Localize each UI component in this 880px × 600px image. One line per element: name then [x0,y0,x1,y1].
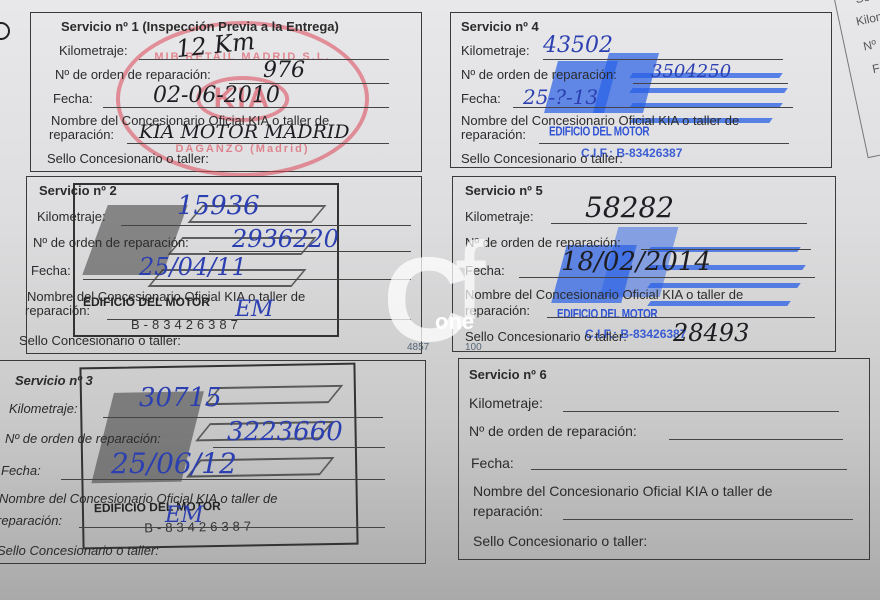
watermark-number-left: 4857 [407,342,429,353]
service-title: Servicio nº 4 [461,19,539,34]
service-title: Servicio nº 2 [39,183,117,198]
booklet-page: MIB RETAIL MADRID S.L. KIA DAGANZO (Madr… [0,0,880,600]
service-title: Servicio nº 5 [465,183,543,198]
value-orden: 976 [263,58,305,83]
service-card-6: Servicio nº 6 Kilometraje: Nº de orden d… [458,358,870,560]
label-orden: Nº de orden de reparación: [55,67,211,82]
value-nombre: EM [235,297,274,322]
watermark-brand: one [435,309,474,335]
service-title: Servicio nº 6 [469,367,547,382]
label-fecha: Fecha: [471,455,514,471]
label-sello: Sello Concesionario o taller: [473,533,647,549]
label-fecha: Fecha: [31,263,71,278]
service-title: Servicio nº 3 [15,373,93,388]
label-kilometraje: Kilometraje: [37,209,106,224]
label-kilometraje: Kilometraje: [461,43,530,58]
service-card-2: EDIFICIO DEL MOTOR B-83426387 Servicio n… [26,176,422,354]
label-nombre: Nombre del Concesionario Oficial KIA o t… [465,287,743,302]
service-card-4: EDIFICIO DEL MOTOR C.I.F.: B-83426387 Se… [450,12,832,168]
value-fecha: 18/02/2014 [561,247,711,277]
label-reparacion: reparación: [461,127,526,142]
value-fecha: 02-06-2010 [153,83,280,108]
watermark-logo: C f one 4857 100 [383,245,503,360]
value-nombre: KIA MOTOR MADRID [139,121,350,143]
value-orden: 3223660 [227,417,343,447]
label-reparacion: reparación: [25,303,90,318]
value-kilometraje: 58282 [585,191,674,224]
label-nombre: Nombre del Concesionario Oficial KIA o t… [461,113,739,128]
label-orden: Nº de orden de reparación: [5,431,161,446]
label-reparacion: reparación: [473,503,543,519]
service-card-1: MIB RETAIL MADRID S.L. KIA DAGANZO (Madr… [30,12,422,172]
adjacent-page-fragment: Se Kilon Nº c Fe N r [832,0,880,158]
label-fecha: Fecha: [461,91,501,106]
value-kilometraje: 15936 [177,191,260,221]
value-fecha: 25/06/12 [111,447,237,480]
value-nombre: EM [165,503,204,528]
value-sello: 28493 [673,319,749,347]
binding-hole [0,22,10,40]
value-fecha: 25/04/11 [139,253,247,281]
label-orden: Nº de orden de reparación: [461,67,617,82]
watermark-number-right: 100 [465,342,482,353]
label-kilometraje: Kilometraje: [59,43,128,58]
label-sello: Sello Concesionario o taller: [0,543,159,558]
label-reparacion: reparación: [49,127,114,142]
service-card-5: EDIFICIO DEL MOTOR C.I.F.: B-83426387 Se… [452,176,836,352]
label-orden: Nº de orden de reparación: [469,423,637,439]
label-fecha: Fecha: [1,463,41,478]
value-fecha: 25-?-13 [523,85,598,109]
value-kilometraje: 30715 [139,383,222,413]
value-orden: 2936220 [232,225,339,253]
label-nombre: Nombre del Concesionario Oficial KIA o t… [0,491,277,506]
label-orden: Nº de orden de reparación: [33,235,189,250]
label-sello: Sello Concesionario o taller: [19,333,181,348]
label-sello: Sello Concesionario o taller: [461,151,623,166]
label-reparacion: reparación: [0,513,62,528]
label-fecha: Fecha: [53,91,93,106]
label-kilometraje: Kilometraje: [9,401,78,416]
value-kilometraje: 43502 [543,33,613,58]
value-orden: 3504250 [651,61,731,82]
service-card-3: EDIFICIO DEL MOTOR B-83426387 Servicio n… [0,360,426,564]
label-sello: Sello Concesionario o taller: [47,151,209,166]
label-nombre: Nombre del Concesionario Oficial KIA o t… [473,483,773,499]
label-kilometraje: Kilometraje: [469,395,543,411]
